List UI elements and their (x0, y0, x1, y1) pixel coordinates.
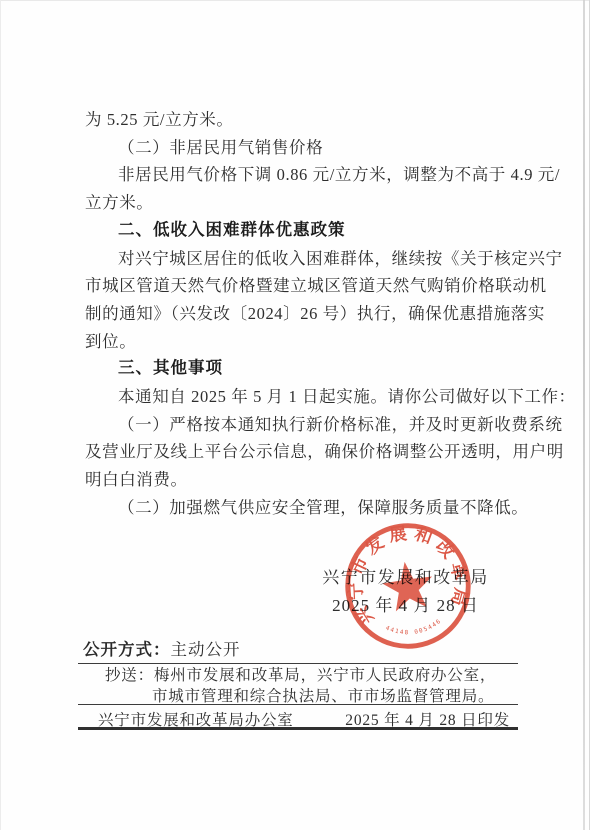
body-line: （二）加强燃气供应安全管理，保障服务质量不降低。 (85, 494, 521, 522)
section-heading-2: 二、低收入困难群体优惠政策 (85, 217, 521, 245)
body-line: 到位。 (85, 328, 521, 356)
body-line: 制的通知》（兴发改〔2024〕26 号）执行，确保优惠措施落实 (85, 300, 521, 328)
body-line: 为 5.25 元/立方米。 (85, 106, 521, 134)
body-line: 立方米。 (85, 189, 521, 217)
publicity-label: 公开方式： (83, 640, 171, 659)
body-line: 及营业厅及线上平台公示信息，确保价格调整公开透明，用户明 (85, 438, 521, 466)
cc-recipients-1: 梅州市发展和改革局，兴宁市人民政府办公室， (154, 667, 496, 684)
cc-block: 抄送：梅州市发展和改革局，兴宁市人民政府办公室， 市城市管理和综合执法局、市市场… (105, 666, 517, 707)
cc-line-1: 抄送：梅州市发展和改革局，兴宁市人民政府办公室， (105, 666, 517, 687)
publicity-row: 公开方式：主动公开 (83, 636, 517, 660)
cc-label: 抄送： (105, 667, 154, 684)
footer-rule-bottom (78, 727, 518, 730)
section-heading-3: 三、其他事项 (85, 355, 521, 383)
body-line: 对兴宁城区居住的低收入困难群体，继续按《关于核定兴宁 (85, 245, 521, 273)
publicity-value: 主动公开 (171, 640, 241, 659)
body-line: 市城区管道天然气价格暨建立城区管道天然气购销价格联动机 (85, 272, 521, 300)
signature-block: 兴宁市发展和改革局 2025 年 4 月 28 日 (303, 564, 508, 620)
footer-rule-middle (78, 704, 518, 705)
body-line: （二）非居民用气销售价格 (85, 134, 521, 162)
scan-edge-artifact (583, 0, 585, 830)
signature-date: 2025 年 4 月 28 日 (303, 592, 508, 620)
body-line: （一）严格按本通知执行新价格标准，并及时更新收费系统 (85, 411, 521, 439)
body-line: 本通知自 2025 年 5 月 1 日起实施。请你公司做好以下工作： (85, 383, 521, 411)
signature-agency: 兴宁市发展和改革局 (303, 564, 508, 592)
body-line: 明白白消费。 (85, 466, 521, 494)
footer-rule-top (78, 663, 518, 664)
notice-body: 为 5.25 元/立方米。 （二）非居民用气销售价格 非居民用气价格下调 0.8… (85, 106, 521, 522)
document-page: 为 5.25 元/立方米。 （二）非居民用气销售价格 非居民用气价格下调 0.8… (0, 0, 590, 830)
body-line: 非居民用气价格下调 0.86 元/立方米，调整为不高于 4.9 元/ (85, 161, 521, 189)
